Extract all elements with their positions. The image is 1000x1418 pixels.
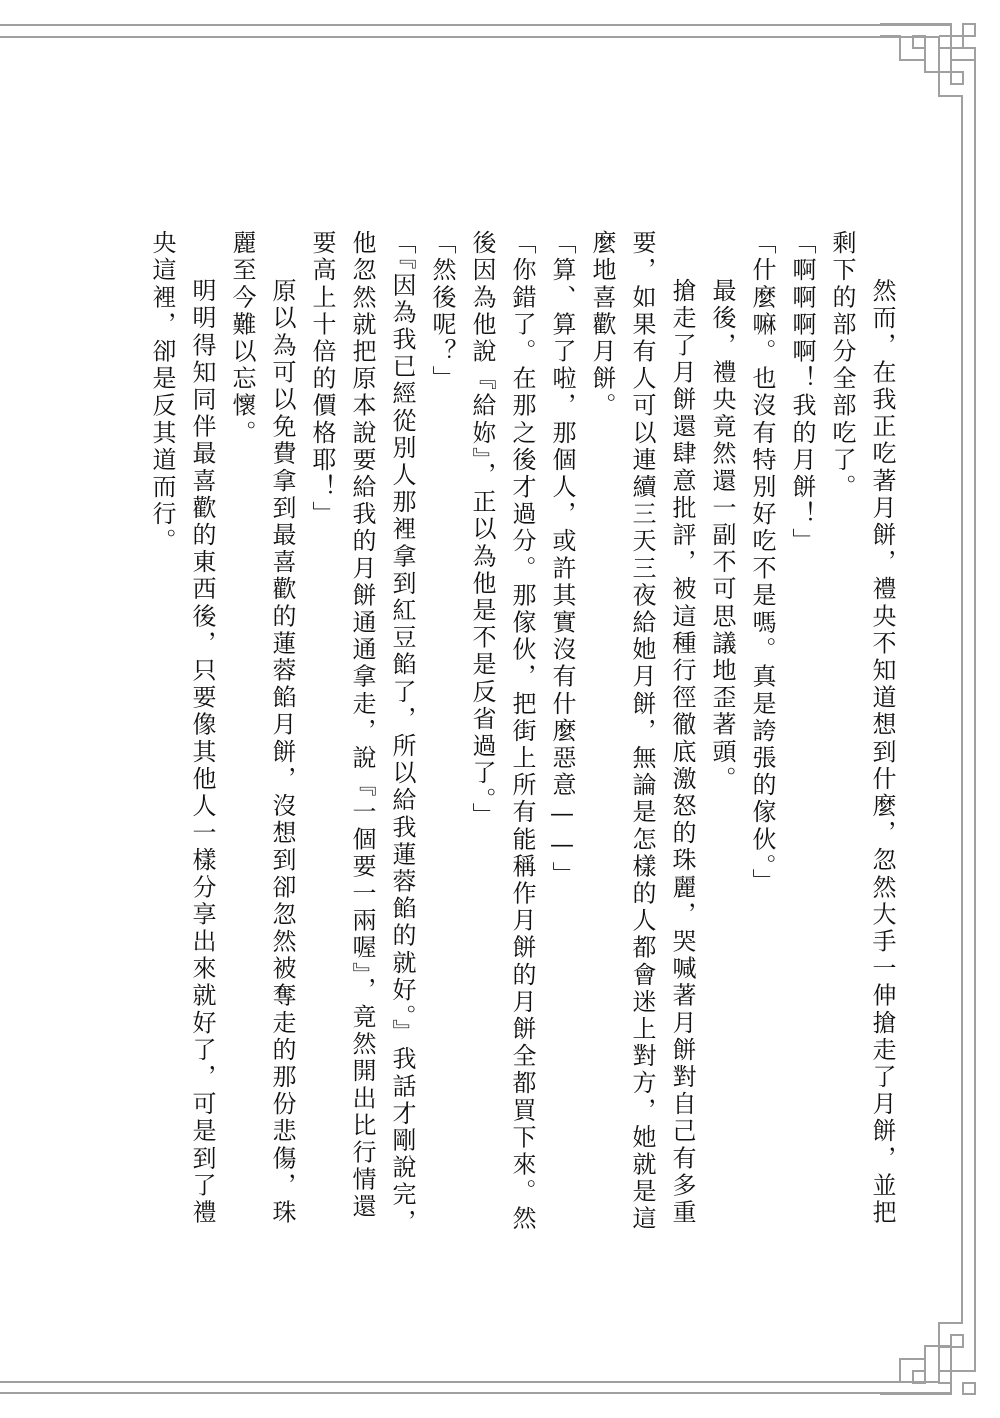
paragraph: 然而，在我正吃著月餅，禮央不知道想到什麼，忽然大手一伸搶走了月餅，並把剩下的部分… xyxy=(822,230,902,1240)
paragraph: 原以為可以免費拿到最喜歡的蓮蓉餡月餅，沒想到卻忽然被奪走的那份悲傷，珠麗至今難以… xyxy=(222,230,302,1240)
corner-ornament-top-right-icon xyxy=(880,0,1000,120)
dialogue-line: 「算、算了啦，那個人，或許其實沒有什麼惡意——」 xyxy=(542,230,582,1240)
frame-right-inner-line xyxy=(961,96,963,1322)
frame-top-inner-line xyxy=(0,36,940,38)
dialogue-line: 「然後呢？」 xyxy=(422,230,462,1240)
dialogue-line: 「啊啊啊啊！我的月餅！」 xyxy=(782,230,822,1240)
dialogue-line: 「什麼嘛。也沒有特別好吃不是嗎。真是誇張的傢伙。」 xyxy=(742,230,782,1240)
paragraph: 搶走了月餅還肆意批評，被這種行徑徹底激怒的珠麗，哭喊著月餅對自己有多重要，如果有… xyxy=(582,230,702,1240)
frame-top-outer-line xyxy=(0,24,952,26)
vertical-text-body: 然而，在我正吃著月餅，禮央不知道想到什麼，忽然大手一伸搶走了月餅，並把剩下的部分… xyxy=(142,230,902,1240)
frame-bottom-outer-line xyxy=(0,1392,952,1394)
corner-ornament-bottom-right-icon xyxy=(880,1300,1000,1418)
dialogue-line: 「你錯了。在那之後才過分。那傢伙，把街上所有能稱作月餅的月餅全都買下來。然後因為… xyxy=(462,230,542,1240)
dialogue-line: 「『因為我已經從別人那裡拿到紅豆餡了，所以給我蓮蓉餡的就好。』我話才剛說完，他忽… xyxy=(302,230,422,1240)
paragraph: 最後，禮央竟然還一副不可思議地歪著頭。 xyxy=(702,230,742,1240)
frame-bottom-inner-line xyxy=(0,1381,940,1383)
paragraph: 明明得知同伴最喜歡的東西後，只要像其他人一樣分享出來就好了，可是到了禮央這裡，卻… xyxy=(142,230,222,1240)
frame-right-outer-line xyxy=(974,48,976,1370)
